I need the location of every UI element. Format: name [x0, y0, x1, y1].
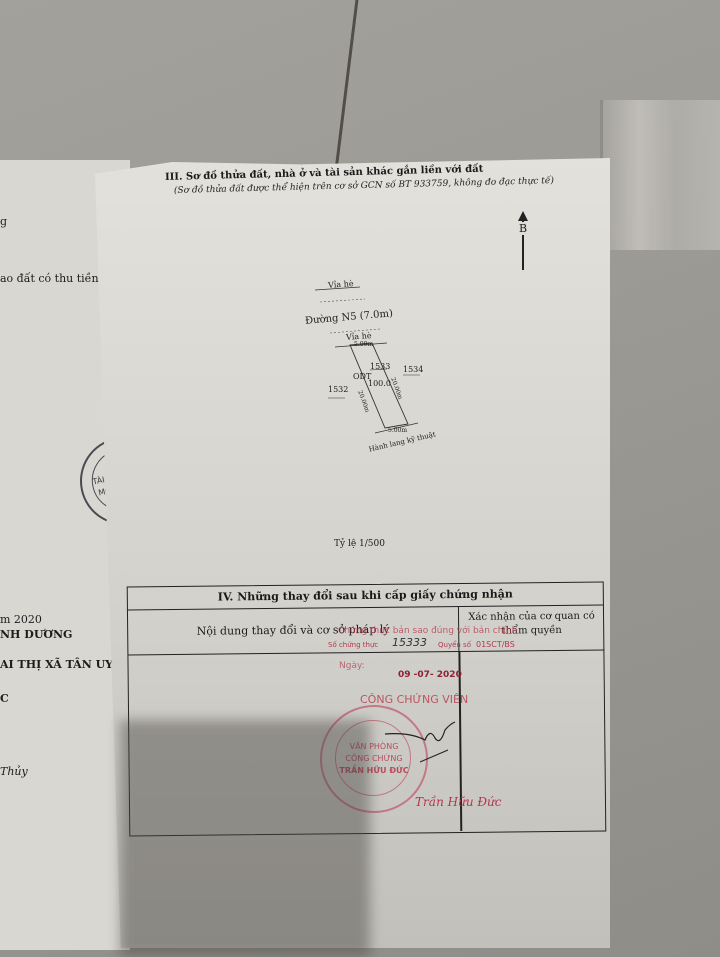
certified-copy-stamp: Chứng thực bản sao đúng với bản chính: [338, 626, 517, 636]
cert-number-label: Số chứng thực: [328, 641, 378, 649]
left-text-2: ao đất có thu tiền sử: [0, 272, 115, 285]
north-label: B: [519, 222, 527, 235]
north-arrow-icon: [518, 211, 528, 221]
parcel-area: 100.0: [368, 379, 391, 388]
notary-date: 09 -07- 2020: [398, 670, 462, 680]
left-signature: Thủy: [0, 765, 28, 778]
date-label: Ngày:: [339, 661, 365, 671]
parcel-id: 1533: [370, 362, 390, 371]
floor-tile-seam: [335, 0, 359, 170]
left-year: m 2020: [0, 613, 42, 626]
scale-label: Tỷ lệ 1/500: [334, 539, 385, 549]
left-province: NH DƯƠNG: [0, 628, 72, 641]
width-bottom-label: 5.00m: [388, 427, 407, 434]
sidewalk-top-label: Vỉa hè: [328, 279, 354, 290]
width-top-label: 5.00m: [354, 341, 373, 348]
signature-scribble: [380, 720, 460, 770]
notary-signature-name: Trần Hữu Đức: [415, 795, 502, 809]
left-c: C: [0, 692, 9, 705]
left-text-1: g: [0, 215, 7, 228]
glass-object: [600, 100, 720, 250]
book-label: Quyển số: [438, 641, 471, 649]
cert-number: 15333: [392, 636, 427, 649]
parcel-map: Vỉa hè Đường N5 (7.0m) Vỉa hè 5.00m 1533…: [290, 270, 450, 460]
book-number: 01SCT/BS: [476, 640, 515, 649]
neighbor-right: 1534: [403, 365, 423, 374]
neighbor-left: 1532: [328, 385, 348, 394]
shadow: [120, 720, 370, 957]
